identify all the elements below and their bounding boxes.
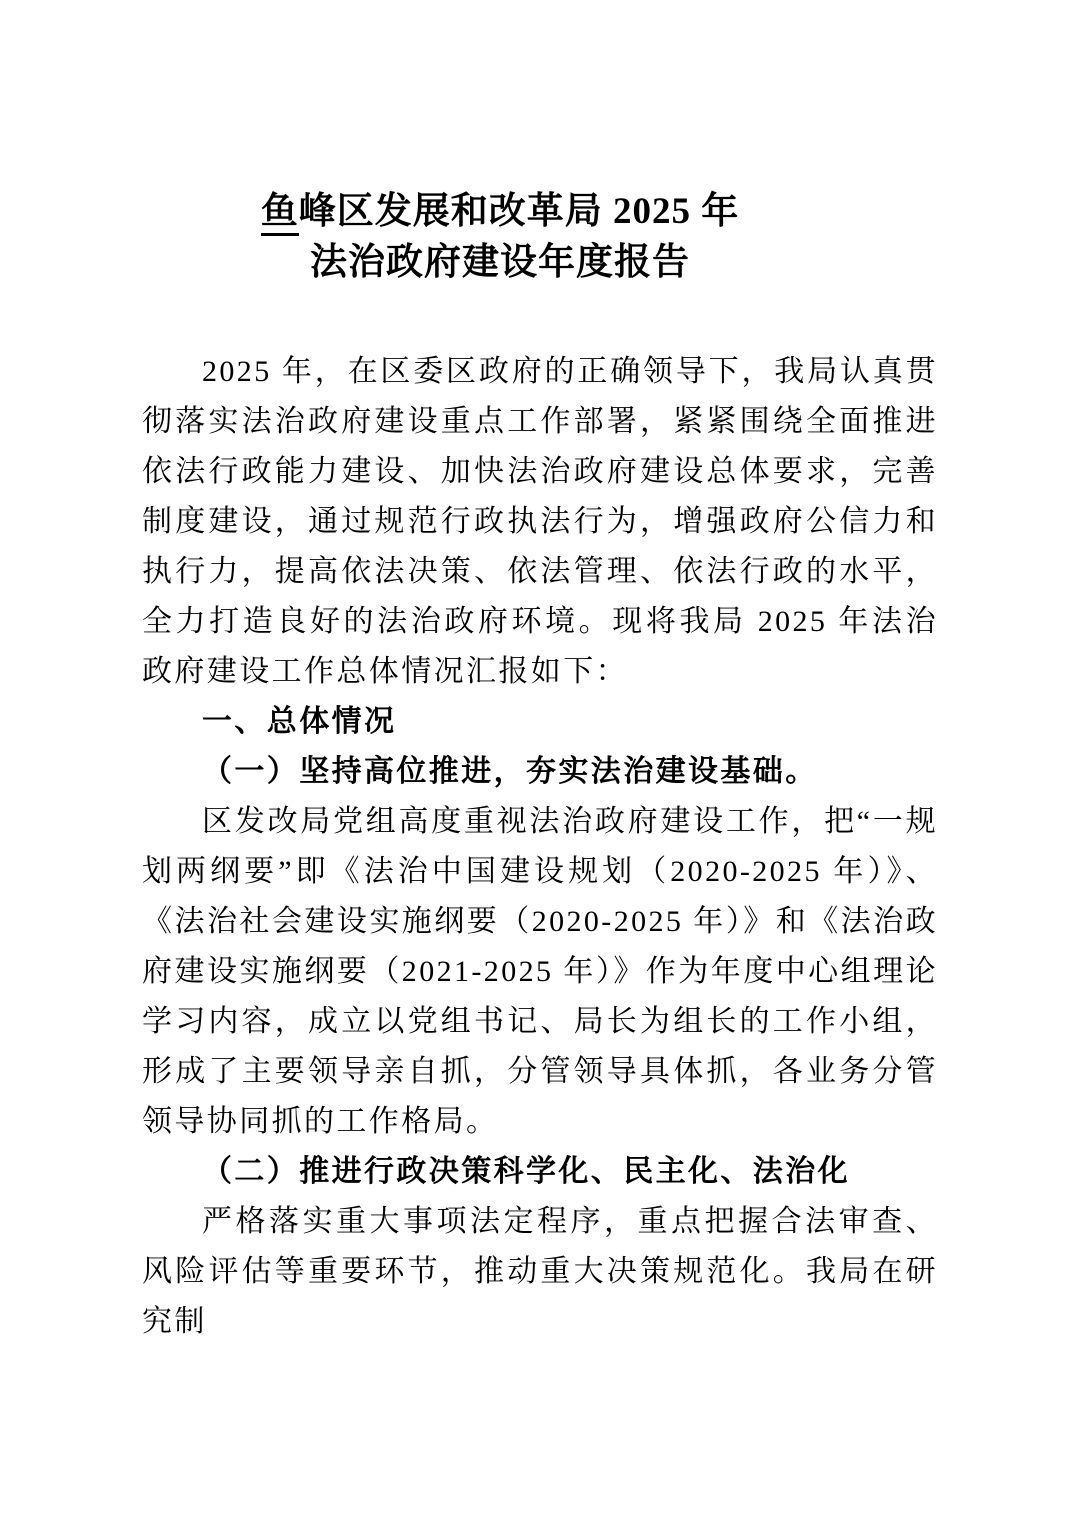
heading-subsection-1: （一）坚持高位推进，夯实法治建设基础。 bbox=[142, 747, 938, 797]
paragraph-subsection-1: 区发改局党组高度重视法治政府建设工作，把“一规划两纲要”即《法治中国建设规划（2… bbox=[142, 797, 938, 1147]
document-title: 鱼峰区发展和改革局 2025 年 法治政府建设年度报告 bbox=[102, 186, 898, 288]
title-line-2: 法治政府建设年度报告 bbox=[102, 237, 898, 288]
title-line-1-text: 峰区发展和改革局 2025 年 bbox=[299, 191, 740, 232]
title-line-1: 鱼峰区发展和改革局 2025 年 bbox=[102, 186, 898, 237]
title-first-char-underlined: 鱼 bbox=[261, 191, 299, 236]
heading-section-1-overview: 一、总体情况 bbox=[142, 697, 938, 747]
heading-subsection-2: （二）推进行政决策科学化、民主化、法治化 bbox=[142, 1147, 938, 1197]
document-page: 鱼峰区发展和改革局 2025 年 法治政府建设年度报告 2025 年，在区委区政… bbox=[0, 0, 1074, 1520]
paragraph-subsection-2: 严格落实重大事项法定程序，重点把握合法审查、风险评估等重要环节，推动重大决策规范… bbox=[142, 1197, 938, 1347]
paragraph-intro: 2025 年，在区委区政府的正确领导下，我局认真贯彻落实法治政府建设重点工作部署… bbox=[142, 347, 938, 697]
document-body: 2025 年，在区委区政府的正确领导下，我局认真贯彻落实法治政府建设重点工作部署… bbox=[142, 347, 938, 1347]
